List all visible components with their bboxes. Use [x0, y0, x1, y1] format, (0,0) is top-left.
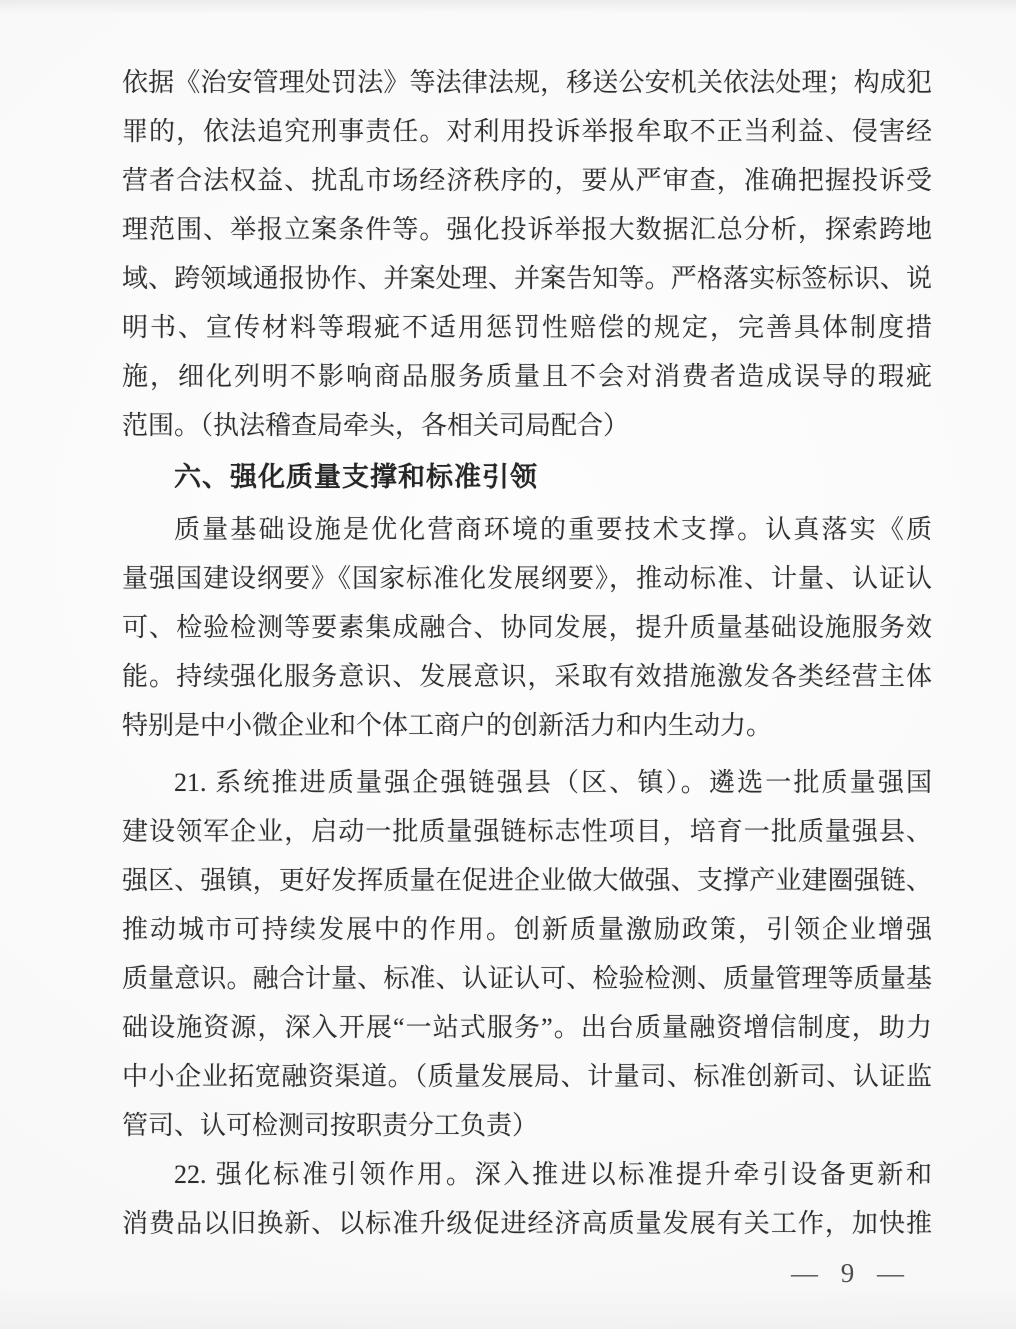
text-line: 依据《治安管理处罚法》等法律法规，移送公安机关依法处理；构成犯 [122, 58, 932, 107]
text-line: 消费品以旧换新、以标准升级促进经济高质量发展有关工作，加快推 [122, 1199, 932, 1248]
text-line: 明书、宣传材料等瑕疵不适用惩罚性赔偿的规定，完善具体制度措 [122, 303, 932, 352]
document-page: 依据《治安管理处罚法》等法律法规，移送公安机关依法处理；构成犯罪的，依法追究刑事… [0, 0, 1016, 1329]
text-line: 础设施资源，深入开展“一站式服务”。出台质量融资增信制度，助力 [122, 1003, 932, 1052]
page-number: — 9 — [791, 1258, 905, 1288]
paragraph: 依据《治安管理处罚法》等法律法规，移送公安机关依法处理；构成犯罪的，依法追究刑事… [122, 58, 932, 450]
paragraph: 21. 系统推进质量强企强链强县（区、镇）。遴选一批质量强国建设领军企业，启动一… [122, 758, 932, 1150]
text-line: 可、检验检测等要素集成融合、协同发展，提升质量基础设施服务效 [122, 603, 932, 652]
text-line: 质量意识。融合计量、标准、认证认可、检验检测、质量管理等质量基 [122, 954, 932, 1003]
text-line: 理范围、举报立案条件等。强化投诉举报大数据汇总分析，探索跨地 [122, 205, 932, 254]
text-line: 六、强化质量支撑和标准引领 [122, 453, 932, 502]
text-line: 管司、认可检测司按职责分工负责） [122, 1101, 932, 1150]
text-line: 能。持续强化服务意识、发展意识，采取有效措施激发各类经营主体 [122, 652, 932, 701]
page-footer: — 9 — [768, 1254, 928, 1292]
paragraph: 质量基础设施是优化营商环境的重要技术支撑。认真落实《质量强国建设纲要》《国家标准… [122, 505, 932, 750]
text-line: 推动城市可持续发展中的作用。创新质量激励政策，引领企业增强 [122, 905, 932, 954]
text-line: 营者合法权益、扰乱市场经济秩序的，要从严审查，准确把握投诉受 [122, 156, 932, 205]
text-line: 罪的，依法追究刑事责任。对利用投诉举报牟取不正当利益、侵害经 [122, 107, 932, 156]
text-line: 范围。（执法稽查局牵头，各相关司局配合） [122, 401, 932, 450]
paragraph: 22. 强化标准引领作用。深入推进以标准提升牵引设备更新和消费品以旧换新、以标准… [122, 1150, 932, 1248]
text-line: 强区、强镇，更好发挥质量在促进企业做大做强、支撑产业建圈强链、 [122, 856, 932, 905]
section-heading: 六、强化质量支撑和标准引领 [122, 453, 932, 502]
text-line: 质量基础设施是优化营商环境的重要技术支撑。认真落实《质 [122, 505, 932, 554]
text-line: 域、跨领域通报协作、并案处理、并案告知等。严格落实标签标识、说 [122, 254, 932, 303]
text-line: 中小企业拓宽融资渠道。（质量发展局、计量司、标准创新司、认证监 [122, 1052, 932, 1101]
text-line: 21. 系统推进质量强企强链强县（区、镇）。遴选一批质量强国 [122, 758, 932, 807]
text-line: 量强国建设纲要》《国家标准化发展纲要》，推动标准、计量、认证认 [122, 554, 932, 603]
text-line: 施，细化列明不影响商品服务质量且不会对消费者造成误导的瑕疵 [122, 352, 932, 401]
text-line: 22. 强化标准引领作用。深入推进以标准提升牵引设备更新和 [122, 1150, 932, 1199]
text-line: 特别是中小微企业和个体工商户的创新活力和内生动力。 [122, 701, 932, 750]
text-line: 建设领军企业，启动一批质量强链标志性项目，培育一批质量强县、 [122, 807, 932, 856]
document-body: 依据《治安管理处罚法》等法律法规，移送公安机关依法处理；构成犯罪的，依法追究刑事… [122, 58, 932, 1248]
